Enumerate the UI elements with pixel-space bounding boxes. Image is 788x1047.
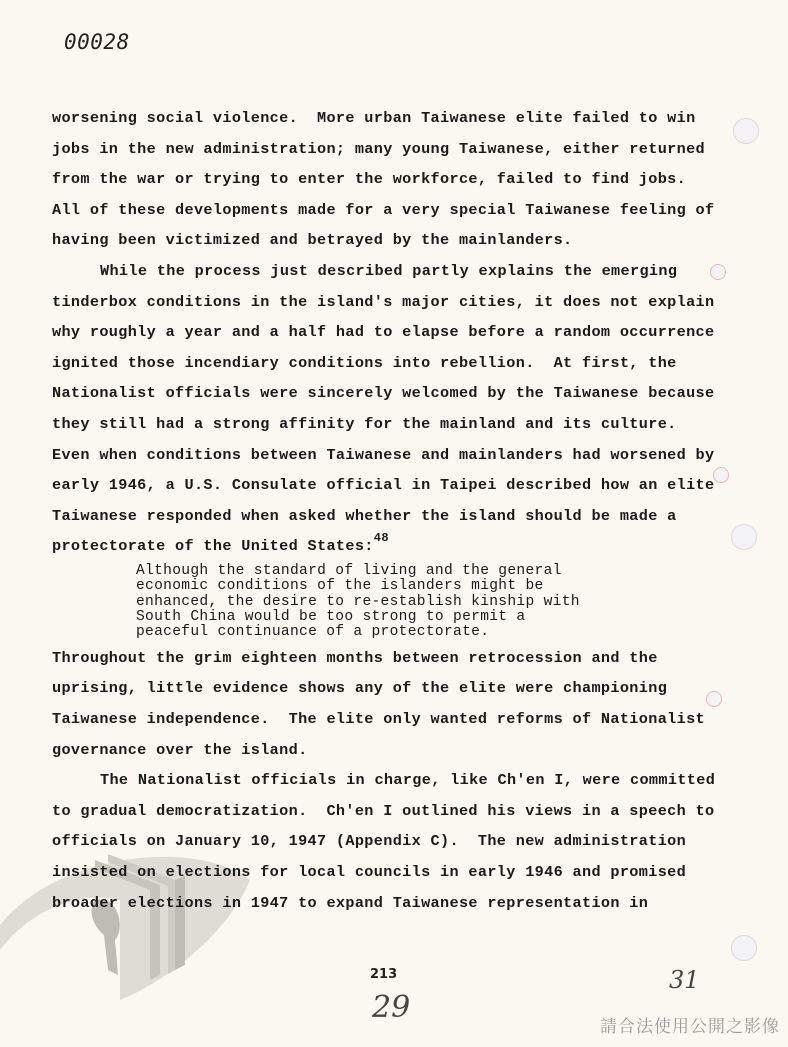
punch-hole: [733, 118, 759, 144]
text-line: Nationalist officials were sincerely wel…: [52, 378, 742, 409]
block-quote: Although the standard of living and the …: [136, 562, 742, 643]
quote-line: Although the standard of living and the …: [136, 564, 742, 579]
punch-hole: [731, 935, 757, 961]
text-line: protectorate of the United States:48: [52, 531, 742, 562]
punch-hole: [731, 524, 757, 550]
text-line: Throughout the grim eighteen months betw…: [52, 643, 742, 674]
text-line: jobs in the new administration; many you…: [52, 134, 742, 165]
text-line: they still had a strong affinity for the…: [52, 409, 742, 440]
document-number: 00028: [64, 30, 130, 54]
paragraph-2: While the process just described partly …: [52, 256, 742, 562]
punch-hole: [706, 691, 722, 707]
page-number: 213: [370, 967, 397, 982]
punch-hole: [710, 264, 726, 280]
text-line: officials on January 10, 1947 (Appendix …: [52, 826, 742, 857]
text-line: Even when conditions between Taiwanese a…: [52, 440, 742, 471]
handwritten-number-left: 29: [372, 990, 410, 1025]
text-line: Taiwanese responded when asked whether t…: [52, 501, 742, 532]
text-line: having been victimized and betrayed by t…: [52, 225, 742, 256]
quote-line: enhanced, the desire to re-establish kin…: [136, 595, 742, 610]
text-line: why roughly a year and a half had to ela…: [52, 317, 742, 348]
text-line: Taiwanese independence. The elite only w…: [52, 704, 742, 735]
quote-line: South China would be too strong to permi…: [136, 610, 742, 625]
document-page: 00028 worsening social violence. More ur…: [0, 0, 788, 1047]
text-line: While the process just described partly …: [52, 256, 742, 287]
paragraph-4: The Nationalist officials in charge, lik…: [52, 765, 742, 918]
quote-line: peaceful continuance of a protectorate.: [136, 625, 742, 640]
text-line: to gradual democratization. Ch'en I outl…: [52, 796, 742, 827]
text-line: insisted on elections for local councils…: [52, 857, 742, 888]
text-line: The Nationalist officials in charge, lik…: [52, 765, 742, 796]
watermark-text: 請合法使用公開之影像: [600, 1012, 780, 1037]
paragraph-1: worsening social violence. More urban Ta…: [52, 103, 742, 256]
body-text: worsening social violence. More urban Ta…: [52, 103, 742, 918]
handwritten-number-right: 31: [669, 966, 700, 994]
quote-line: economic conditions of the islanders mig…: [136, 579, 742, 594]
text-line: from the war or trying to enter the work…: [52, 164, 742, 195]
text-line: governance over the island.: [52, 735, 742, 766]
text-line: early 1946, a U.S. Consulate official in…: [52, 470, 742, 501]
text-line: ignited those incendiary conditions into…: [52, 348, 742, 379]
footnote-marker[interactable]: 48: [374, 531, 389, 545]
text-line: worsening social violence. More urban Ta…: [52, 103, 742, 134]
text-line: tinderbox conditions in the island's maj…: [52, 287, 742, 318]
text-line: broader elections in 1947 to expand Taiw…: [52, 888, 742, 919]
last-line-text: protectorate of the United States:: [52, 537, 374, 555]
text-line: All of these developments made for a ver…: [52, 195, 742, 226]
text-line: uprising, little evidence shows any of t…: [52, 673, 742, 704]
punch-hole: [713, 467, 729, 483]
paragraph-3: Throughout the grim eighteen months betw…: [52, 643, 742, 765]
